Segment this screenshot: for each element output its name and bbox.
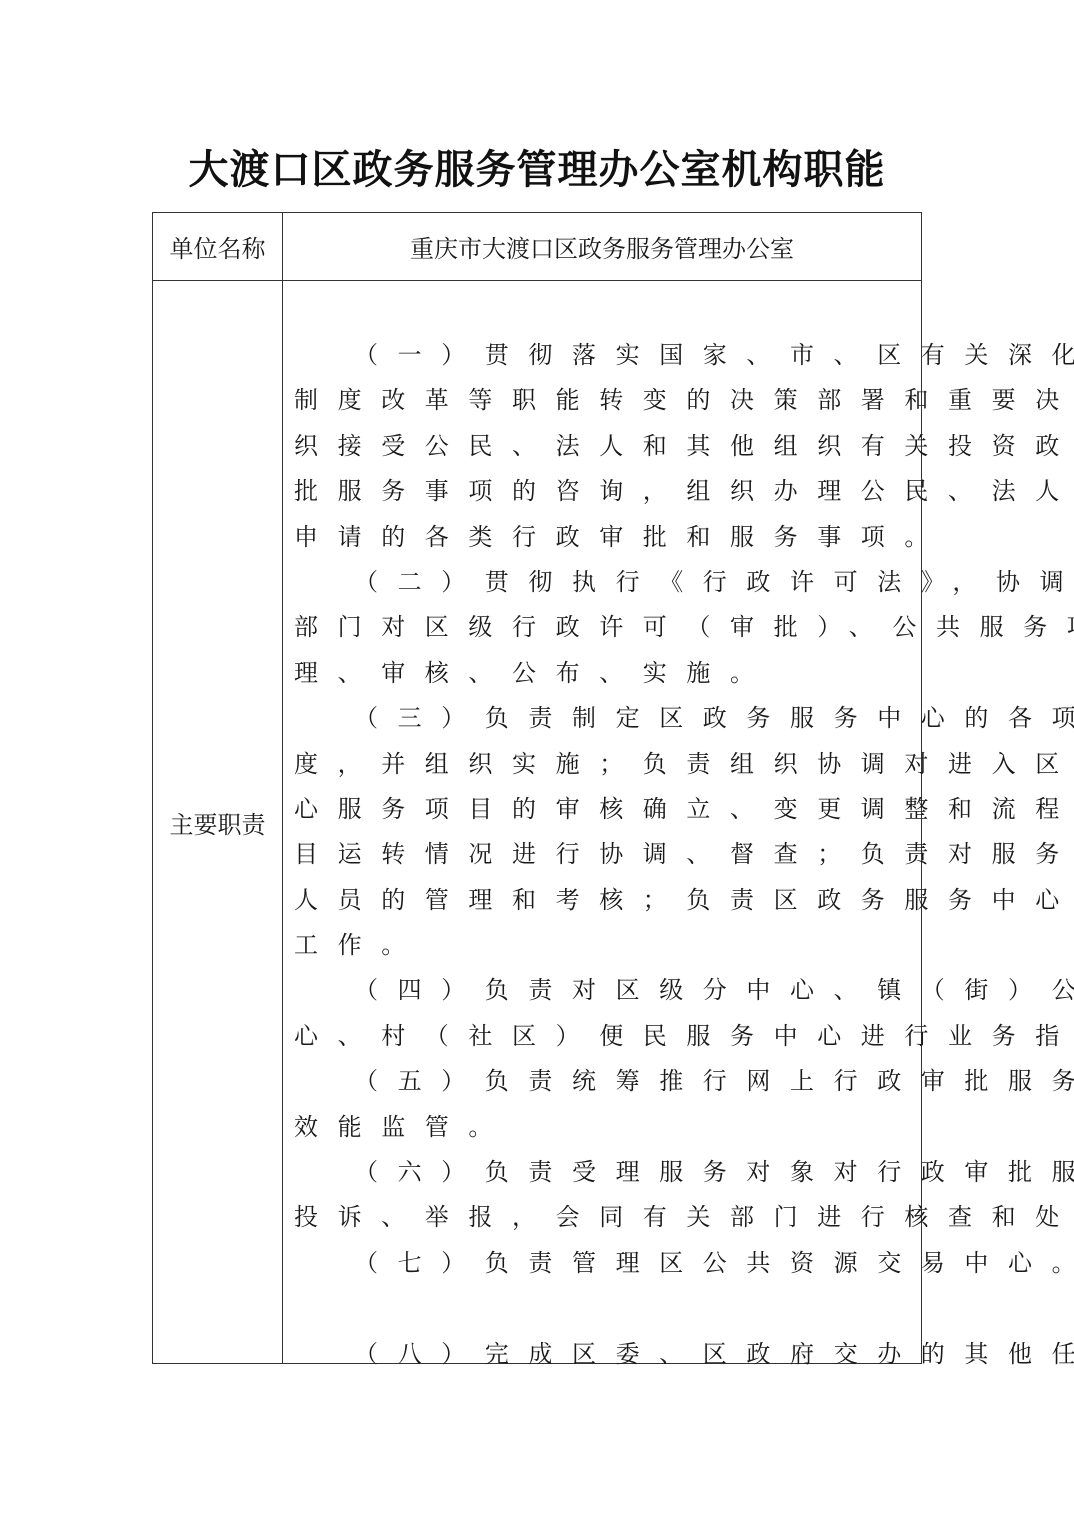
duty-line: （八）完成区委、区政府交办的其他任务。 — [294, 1332, 914, 1377]
duty-line: 部门对区级行政许可（审批）、公共服务项目进行清 — [294, 605, 914, 650]
duty-line: （二）贯彻执行《行政许可法》，协调督促有关 — [294, 560, 914, 605]
duty-paragraph-7: （七）负责管理区公共资源交易中心。 — [294, 1241, 914, 1286]
duty-line: （六）负责受理服务对象对行政审批服务方面的 — [294, 1150, 914, 1195]
paragraph-gap — [294, 1286, 914, 1331]
duty-line: 批服务事项的咨询，组织办理公民、法人和其他组织 — [294, 469, 914, 514]
unit-name-value: 重庆市大渡口区政务服务管理办公室 — [283, 213, 921, 280]
duty-line: 度，并组织实施；负责组织协调对进入区政务服务中 — [294, 742, 914, 787]
duty-line: （四）负责对区级分中心、镇（街）公共服务中 — [294, 968, 914, 1013]
duty-paragraph-6: （六）负责受理服务对象对行政审批服务方面的 投诉、举报，会同有关部门进行核查和处… — [294, 1150, 914, 1241]
document-title: 大渡口区政务服务管理办公室机构职能 — [0, 140, 1074, 200]
duty-line: 心、村（社区）便民服务中心进行业务指导。 — [294, 1014, 914, 1059]
duty-line: 心服务项目的审核确立、变更调整和流程优化，对项 — [294, 787, 914, 832]
duty-line: 制度改革等职能转变的决策部署和重要决定，负责组 — [294, 378, 914, 423]
duty-paragraph-5: （五）负责统筹推行网上行政审批服务，并实行 效能监管。 — [294, 1059, 914, 1150]
duty-line: 人员的管理和考核；负责区政务服务中心的日常管理 — [294, 878, 914, 923]
duty-line: 目运转情况进行协调、督查；负责对服务窗口、工作 — [294, 832, 914, 877]
duty-line: （一）贯彻落实国家、市、区有关深化行政审批 — [294, 333, 914, 378]
main-duties-content: （一）贯彻落实国家、市、区有关深化行政审批 制度改革等职能转变的决策部署和重要决… — [294, 333, 914, 1377]
duty-paragraph-1: （一）贯彻落实国家、市、区有关深化行政审批 制度改革等职能转变的决策部署和重要决… — [294, 333, 914, 560]
duty-line: （三）负责制定区政务服务中心的各项规章制 — [294, 696, 914, 741]
duty-line: 申请的各类行政审批和服务事项。 — [294, 515, 914, 560]
duty-line: 投诉、举报，会同有关部门进行核查和处理。 — [294, 1195, 914, 1240]
duty-line: 效能监管。 — [294, 1105, 914, 1150]
duty-line: 织接受公民、法人和其他组织有关投资政策、行政审 — [294, 424, 914, 469]
unit-name-label: 单位名称 — [153, 213, 282, 280]
duty-paragraph-8: （八）完成区委、区政府交办的其他任务。 — [294, 1332, 914, 1377]
duty-paragraph-3: （三）负责制定区政务服务中心的各项规章制 度，并组织实施；负责组织协调对进入区政… — [294, 696, 914, 968]
main-duties-label: 主要职责 — [153, 281, 282, 1363]
table-column-divider — [282, 213, 283, 1363]
duty-paragraph-4: （四）负责对区级分中心、镇（街）公共服务中 心、村（社区）便民服务中心进行业务指… — [294, 968, 914, 1059]
duty-line: 理、审核、公布、实施。 — [294, 651, 914, 696]
organization-functions-table: 单位名称 重庆市大渡口区政务服务管理办公室 主要职责 （一）贯彻落实国家、市、区… — [152, 212, 922, 1364]
duty-line: （七）负责管理区公共资源交易中心。 — [294, 1241, 914, 1286]
duty-line: 工作。 — [294, 923, 914, 968]
duty-line: （五）负责统筹推行网上行政审批服务，并实行 — [294, 1059, 914, 1104]
duty-paragraph-2: （二）贯彻执行《行政许可法》，协调督促有关 部门对区级行政许可（审批）、公共服务… — [294, 560, 914, 696]
